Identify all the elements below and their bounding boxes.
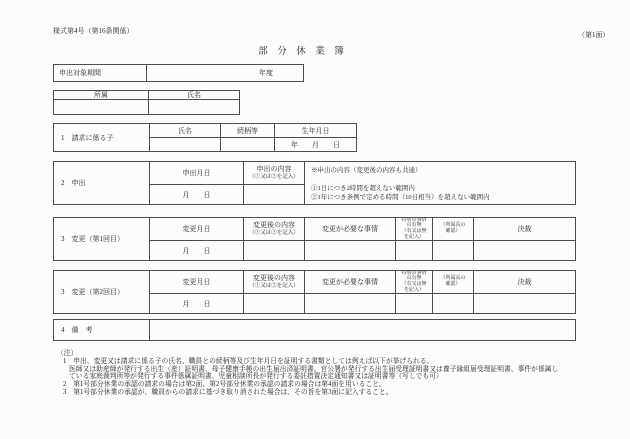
change-date-placeholder: 月 日 [150,293,243,313]
page-marker: （第1面） [578,30,610,40]
approval-header: 決裁 [474,271,575,293]
section1-label: 1 請求に係る子 [54,124,149,151]
approval-header: 決裁 [474,218,575,240]
child-relation-header: 続柄等 [220,124,274,137]
application-note-item1: ①1日につき2時間を超えない範囲内 [311,184,490,193]
fiscal-year-label: 年度 [259,68,273,78]
section3-first-table: 3 変更（第1回目） 変更月日 月 日 変更後の内容 （①又は②を記入） 変更が… [53,217,576,261]
child-relation-blank-cell [220,138,274,151]
change-content-blank-cell [244,293,304,313]
child-name-blank-cell [150,138,220,151]
application-note-item2: ②1年につき条例で定める時間（10日相当）を超えない範囲内 [311,193,490,202]
change-date-header: 変更月日 [150,271,243,293]
supervisor-confirmation-blank-cell [433,240,473,260]
application-content-header: 申出の内容 （①又は②を記入） [244,162,304,184]
note-line: 2 第1号部分休業の承認の請求の場合は第2面、第2号部分休業の承認の請求の場合は… [57,381,625,389]
change-date-header: 変更月日 [150,218,243,240]
section1-table: 1 請求に係る子 氏名 続柄等 生年月日 年 月 日 [53,123,357,152]
application-note-title: ※申出の内容（変更後の内容も共通） [311,166,422,175]
approval-blank-cell [474,293,575,313]
affiliation-header: 所属 [54,91,148,99]
section3-second-table: 3 変更（第2回目） 変更月日 月 日 変更後の内容 （①又は②を記入） 変更が… [53,270,576,314]
special-circumstances-header: 特別の事情 の有無 （有又は無 を記入） [396,218,432,240]
application-period-label: 申出対象期間 [54,65,146,81]
footnotes-title: （注） [57,350,625,358]
supervisor-confirmation-header: （所属長の 確認） [433,218,473,240]
change-date-placeholder: 月 日 [150,240,243,260]
special-circumstances-blank-cell [396,240,432,260]
change-content-header-line2: （①又は②を記入） [249,230,299,236]
application-date-placeholder: 月 日 [150,184,243,204]
section2-table: 2 申出 申出月日 月 日 申出の内容 （①又は②を記入） ※申出の内容（変更後… [53,161,576,205]
change-content-header-line2: （①又は②を記入） [249,283,299,289]
child-birthdate-placeholder: 年 月 日 [274,138,356,151]
change-reason-header: 変更が必要な事情 [305,218,395,240]
change-reason-header: 変更が必要な事情 [305,271,395,293]
approval-blank-cell [474,240,575,260]
name-header: 氏名 [148,91,239,99]
application-period-value-cell: 年度 [146,65,303,81]
change-reason-blank-cell [305,293,395,313]
section3-first-label: 3 変更（第1回目） [54,218,149,260]
supervisor-confirmation-blank-cell [433,293,473,313]
note-line: 3 第1号部分休業の承認が、職員からの請求に基づき取り消された場合は、その旨を第… [57,389,625,397]
section2-label: 2 申出 [54,162,149,204]
affiliation-blank-cell [54,100,148,114]
change-content-header-line1: 変更後の内容 [253,222,295,230]
application-note-cell: ※申出の内容（変更後の内容も共通） ①1日につき2時間を超えない範囲内 ②1年に… [304,162,575,204]
application-period-table: 申出対象期間 年度 [53,64,304,82]
application-content-header-line1: 申出の内容 [257,166,292,174]
partial-leave-form-page: 様式第4号（第16条関係） （第1面） 部 分 休 業 簿 申出対象期間 年度 … [0,0,630,439]
application-date-header: 申出月日 [150,162,243,184]
footnotes: （注） 1 申出、変更又は請求に係る子の氏名、職員との続柄等及び生年月日を証明す… [57,350,625,397]
application-content-blank-cell [244,184,304,204]
remarks-blank-cell [149,320,575,340]
section3-second-label: 3 変更（第2回目） [54,271,149,313]
change-reason-blank-cell [305,240,395,260]
special-circumstances-blank-cell [396,293,432,313]
change-content-header: 変更後の内容 （①又は②を記入） [244,271,304,293]
change-content-blank-cell [244,240,304,260]
child-birthdate-header: 生年月日 [274,124,356,137]
special-circumstances-header: 特別の事情 の有無 （有又は無 を記入） [396,271,432,293]
child-name-header: 氏名 [150,124,220,137]
change-content-header: 変更後の内容 （①又は②を記入） [244,218,304,240]
form-code: 様式第4号（第16条関係） [53,26,134,36]
section4-label: 4 備 考 [54,320,149,340]
form-title: 部 分 休 業 簿 [0,43,602,57]
change-content-header-line1: 変更後の内容 [253,275,295,283]
staff-table: 所属 氏名 [53,90,240,115]
note-line: 1 申出、変更又は請求に係る子の氏名、職員との続柄等及び生年月日を証明する書類と… [57,358,625,366]
section4-table: 4 備 考 [53,319,576,341]
application-content-header-line2: （①又は②を記入） [249,174,299,180]
supervisor-confirmation-header: （所属長の 確認） [433,271,473,293]
name-blank-cell [148,100,239,114]
